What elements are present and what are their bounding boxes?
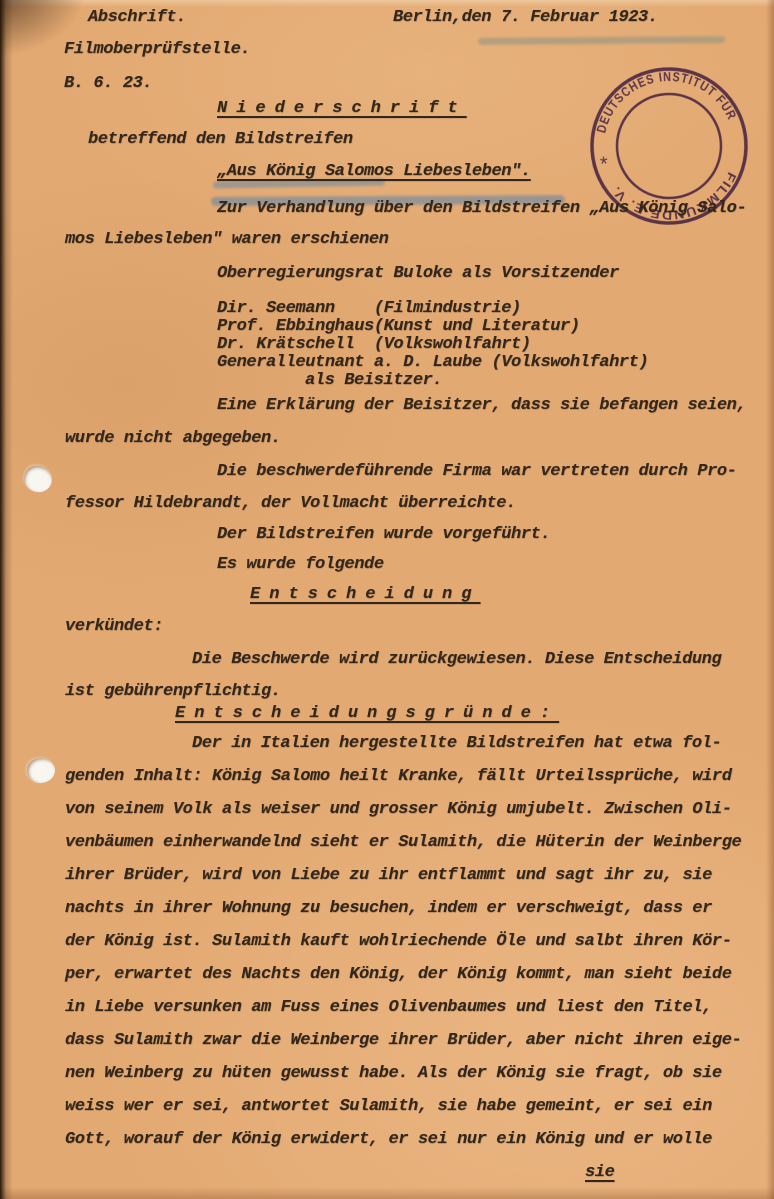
doc-line: Dir. Seemann (Filmindustrie) — [217, 299, 770, 317]
pencil-underline-date — [478, 36, 725, 45]
doc-line: sie — [585, 1163, 770, 1193]
doc-line: Generalleutnant a. D. Laube (Volkswohlfa… — [217, 353, 770, 371]
copy-note: Abschrift. — [88, 8, 186, 27]
document-page: Abschrift. Berlin,den 7. Februar 1923. F… — [0, 0, 774, 1199]
doc-line: Gott, worauf der König erwidert, er sei … — [65, 1130, 770, 1163]
doc-line: dass Sulamith zwar die Weinberge ihrer B… — [65, 1031, 770, 1064]
doc-line: der König ist. Sulamith kauft wohlrieche… — [65, 932, 770, 965]
doc-line: ihrer Brüder, wird von Liebe zu ihr entf… — [65, 866, 770, 899]
doc-line: Es wurde folgende — [217, 555, 770, 585]
doc-line: Die beschwerdeführende Firma war vertret… — [217, 462, 770, 494]
doc-line: in Liebe versunken am Fuss eines Olivenb… — [65, 998, 770, 1031]
doc-line: Entscheidung — [250, 585, 770, 617]
doc-line: Eine Erklärung der Beisitzer, dass sie b… — [217, 396, 770, 429]
punch-hole-top — [21, 463, 55, 495]
doc-line: Die Beschwerde wird zurückgewiesen. Dies… — [192, 650, 770, 682]
doc-line: fessor Hildebrandt, der Vollmacht überre… — [65, 494, 770, 525]
doc-line: Niederschrift — [217, 99, 770, 130]
doc-line: „Aus König Salomos Liebesleben". — [217, 162, 770, 199]
doc-line: venbäumen einherwandelnd sieht er Sulami… — [65, 833, 770, 866]
doc-line: nachts in ihrer Wohnung zu besuchen, ind… — [65, 899, 770, 932]
document-body: Niederschriftbetreffend den Bildstreifen… — [65, 99, 770, 1193]
doc-line: nen Weinberg zu hüten gewusst habe. Als … — [65, 1064, 770, 1097]
doc-line: Zur Verhandlung über den Bildstreifen „A… — [217, 199, 770, 230]
doc-line: genden Inhalt: König Salomo heilt Kranke… — [65, 767, 770, 800]
doc-line: als Beisitzer. — [305, 371, 770, 396]
doc-line: betreffend den Bildstreifen — [88, 130, 770, 162]
file-number: B. 6. 23. — [64, 74, 152, 93]
dateline: Berlin,den 7. Februar 1923. — [393, 8, 658, 27]
doc-line: Prof. Ebbinghaus(Kunst und Literatur) — [217, 317, 770, 335]
doc-line: per, erwartet des Nachts den König, der … — [65, 965, 770, 998]
doc-line: weiss wer er sei, antwortet Sulamith, si… — [65, 1097, 770, 1130]
doc-line: wurde nicht abgegeben. — [65, 429, 770, 462]
doc-line: mos Liebesleben" waren erschienen — [65, 230, 770, 264]
doc-line: Dr. Krätschell (Volkswohlfahrt) — [217, 335, 770, 353]
doc-line: Der in Italien hergestellte Bildstreifen… — [192, 734, 770, 767]
doc-line: Entscheidungsgründe: — [175, 704, 770, 734]
doc-line: verkündet: — [65, 617, 770, 650]
doc-line: ist gebührenpflichtig. — [65, 682, 770, 704]
office-name: Filmoberprüfstelle. — [64, 40, 250, 59]
punch-hole-bottom — [25, 756, 57, 785]
doc-line: von seinem Volk als weiser und grosser K… — [65, 800, 770, 833]
doc-line: Oberregierungsrat Buloke als Vorsitzende… — [217, 264, 770, 299]
doc-line: Der Bildstreifen wurde vorgeführt. — [217, 525, 770, 555]
